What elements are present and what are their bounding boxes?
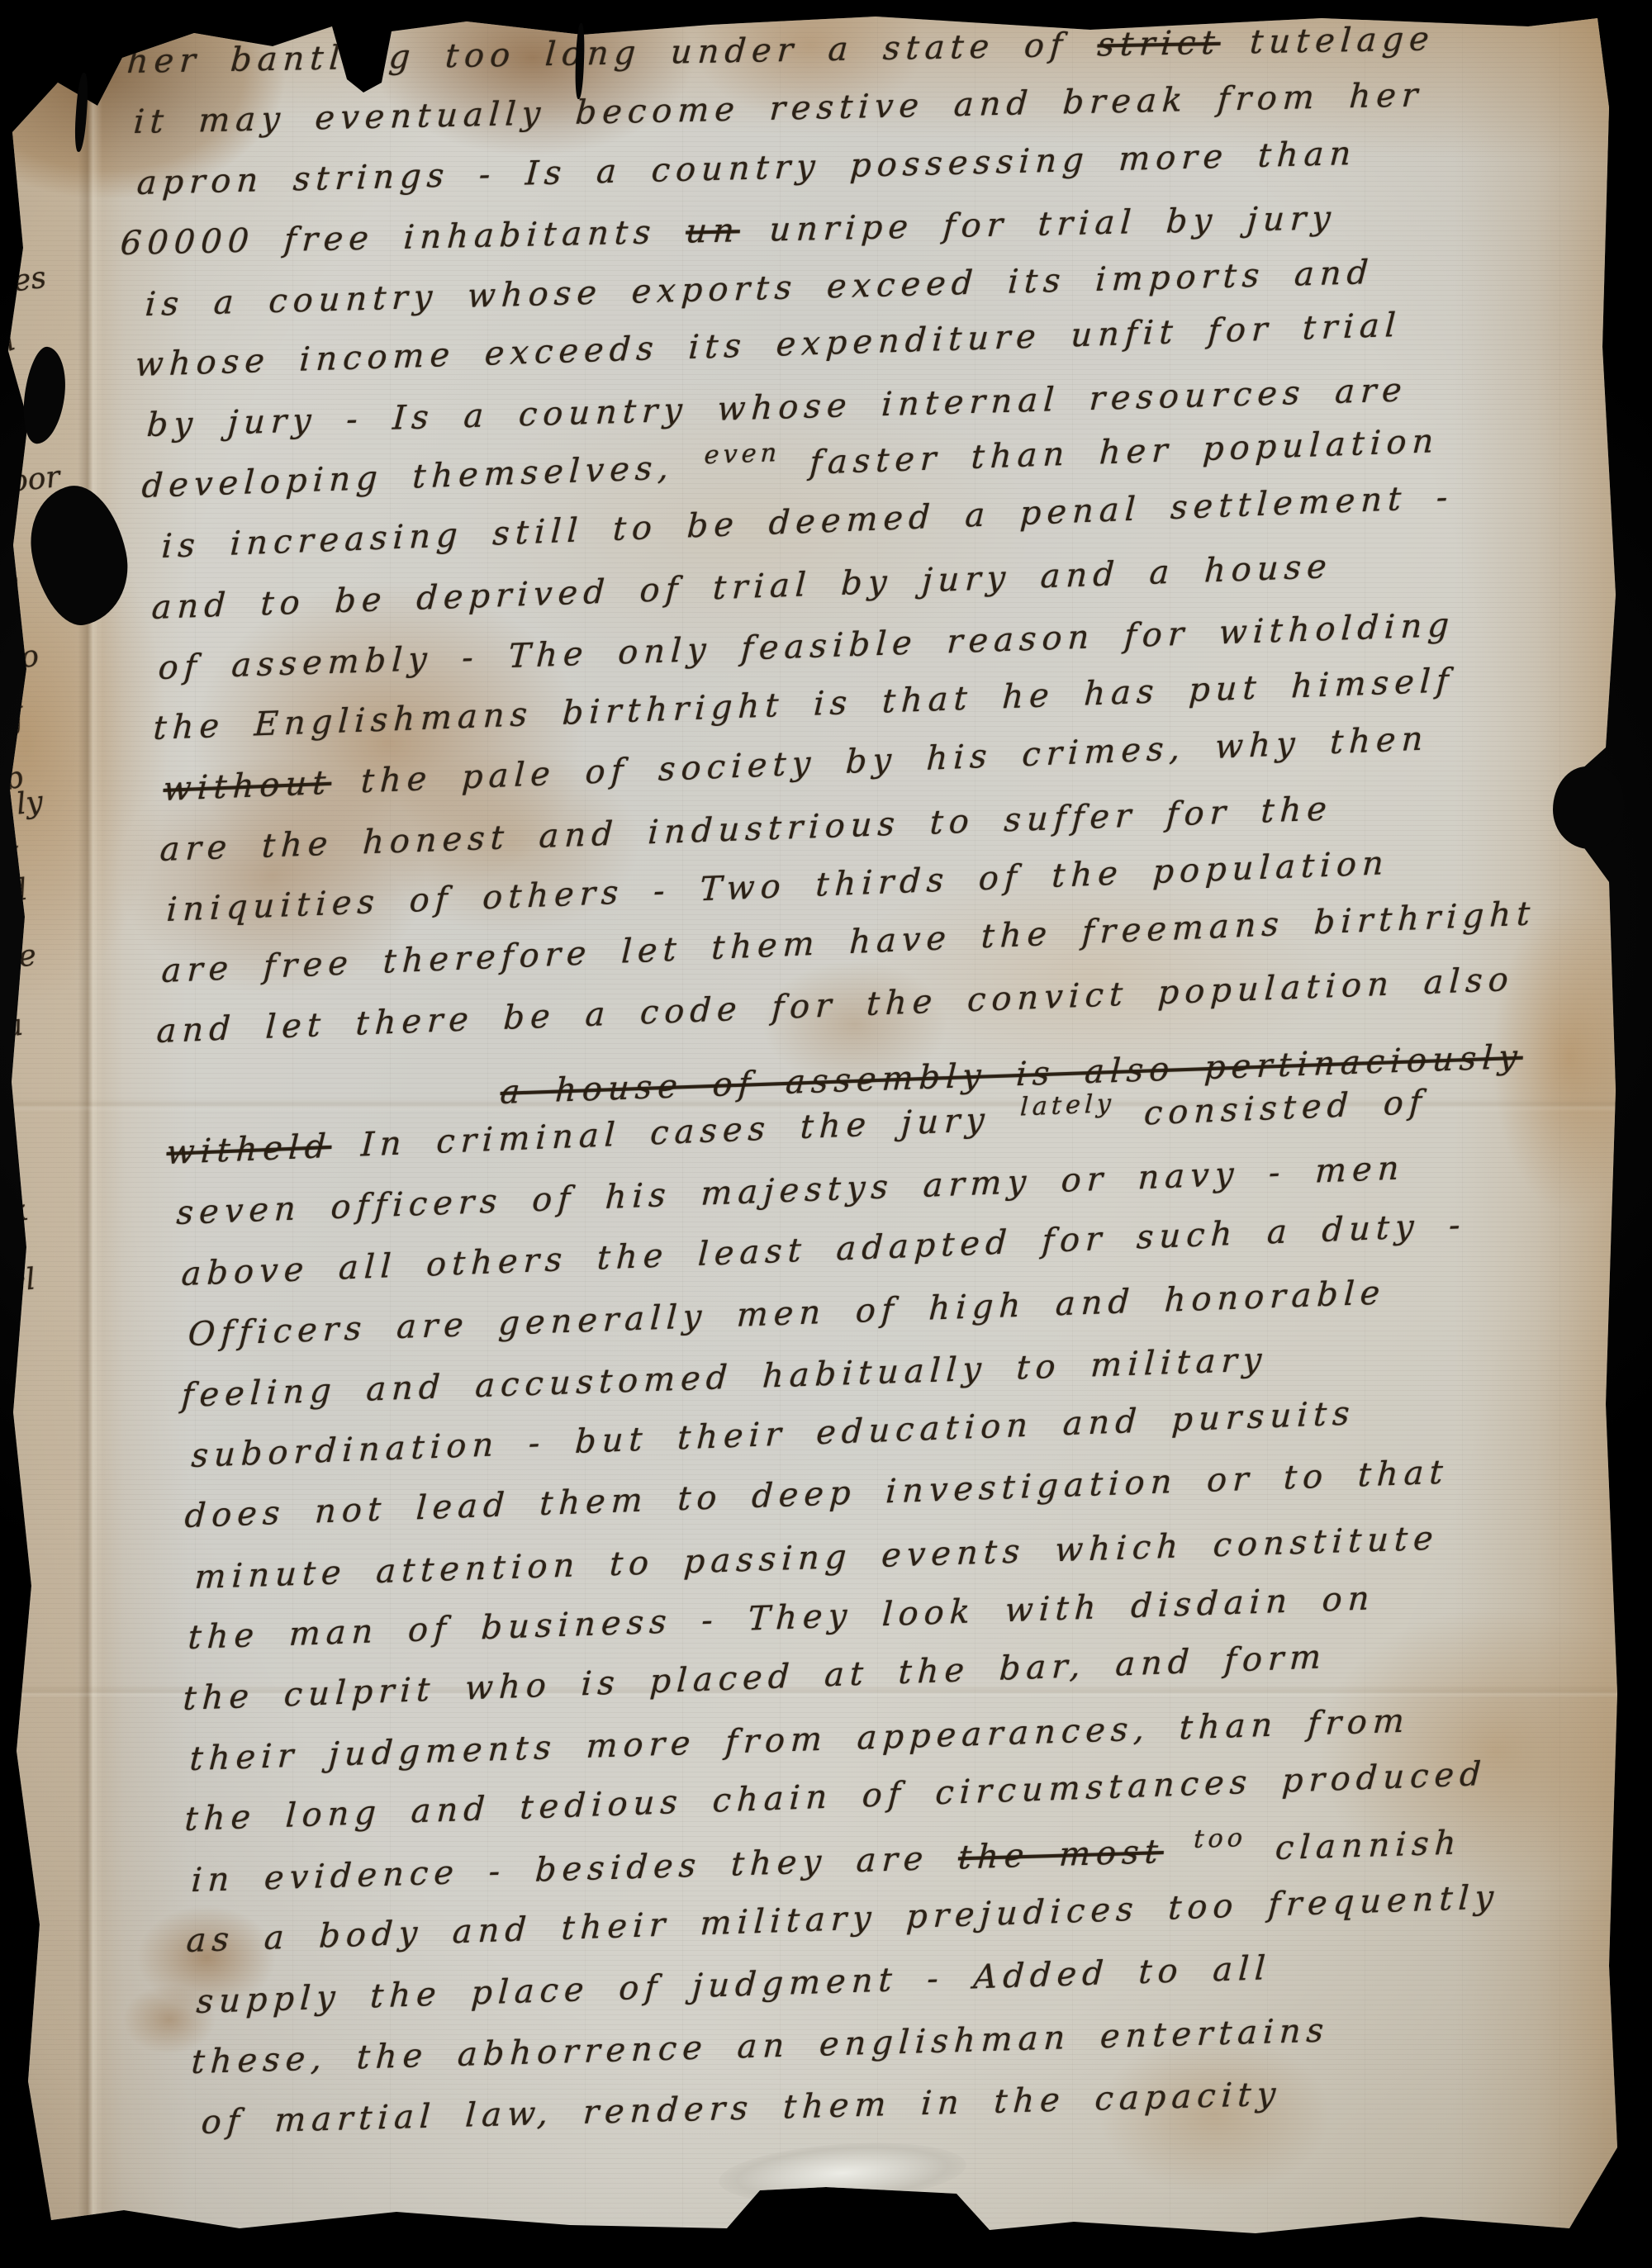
margin-fragment: y [0, 567, 22, 604]
torn-edge-fragments: esl-tooryroJblyzilteakel [0, 0, 1652, 2268]
margin-fragment: el [7, 1262, 37, 1298]
margin-fragment: ly [15, 785, 45, 821]
photo-background: her bantling too long under a state of s… [0, 0, 1652, 2268]
margin-fragment: ro [4, 638, 40, 676]
margin-fragment: te [5, 938, 38, 975]
paper-tear [1553, 766, 1624, 849]
margin-fragment: z [1, 835, 22, 871]
margin-fragment: es [11, 260, 48, 298]
margin-fragment: J [9, 701, 26, 737]
margin-fragment: k [7, 1193, 30, 1230]
manuscript-page: her bantling too long under a state of s… [0, 0, 1652, 2268]
margin-fragment: il [6, 873, 30, 909]
margin-fragment: - [8, 368, 18, 402]
margin-fragment: t [0, 406, 19, 441]
margin-fragment: a [2, 1008, 26, 1044]
margin-fragment: l [0, 323, 20, 358]
